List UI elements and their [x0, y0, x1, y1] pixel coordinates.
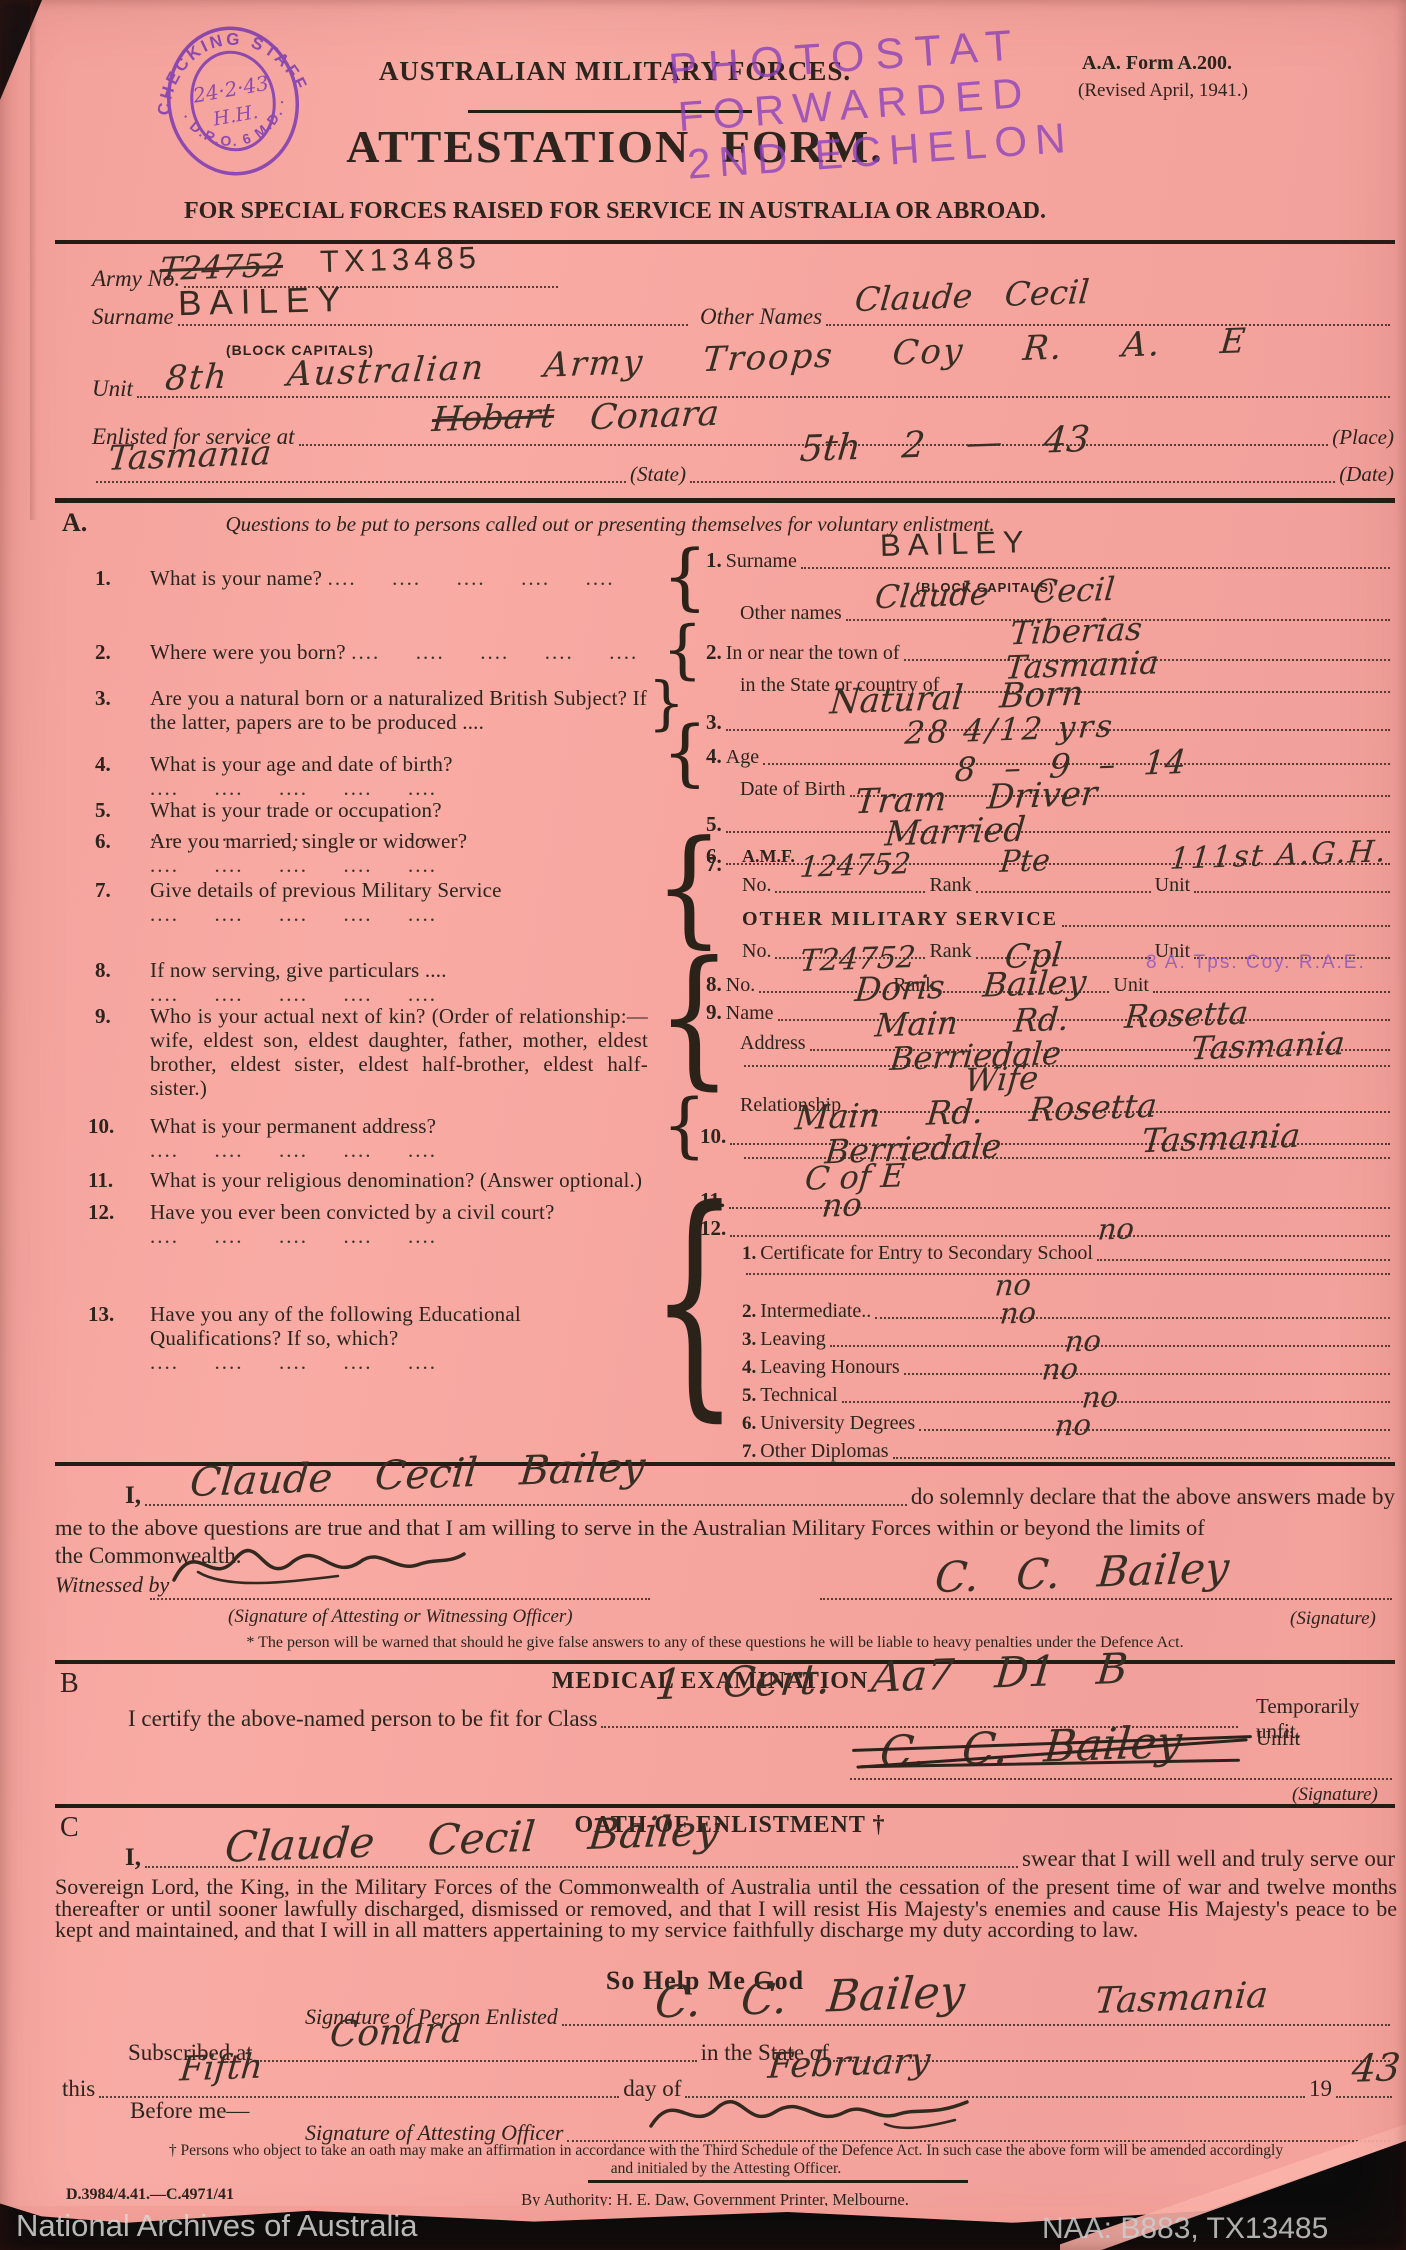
- a7-other-heading-row: OTHER MILITARY SERVICE: [742, 908, 1394, 931]
- edu-row-5: 5. Technical: [742, 1384, 1394, 1407]
- q3-text: Are you a natural born or a naturalized …: [150, 686, 648, 734]
- surname-label: Surname: [92, 304, 174, 330]
- edu-row-1: 1. Certificate for Entry to Secondary Sc…: [742, 1242, 1394, 1265]
- a7-number-value: 124752: [799, 846, 913, 884]
- q13-text-span: Have you any of the following Educationa…: [150, 1302, 521, 1350]
- checking-staff-stamp: CHECKING STAFF · D.R.O. 6 M.D. · 24·2·43…: [133, 6, 332, 196]
- enlisted-value: Conara: [588, 394, 720, 439]
- witness-signature-line: [150, 1598, 650, 1600]
- year-value: 43: [1350, 2045, 1402, 2091]
- a1-surname-row: 1. Surname: [706, 548, 1394, 573]
- edu4-line: [904, 1372, 1390, 1375]
- q9-text: Who is your actual next of kin? (Order o…: [150, 1004, 648, 1100]
- a12-line: [730, 1234, 1390, 1237]
- q10-text: What is your permanent address?: [150, 1114, 655, 1162]
- a7-blank-rank-label: Rank: [929, 940, 971, 963]
- oath-subscribed-row: Subscribed at in the State of: [128, 2040, 1394, 2066]
- declaration-i: I,: [125, 1482, 141, 1510]
- q11-text: What is your religious denomination? (An…: [150, 1168, 655, 1192]
- other-names-label: Other Names: [700, 304, 822, 330]
- q4-leaders: [150, 776, 437, 800]
- edu1-no: 1.: [742, 1243, 756, 1265]
- oath-body-text: Sovereign Lord, the King, in the Militar…: [55, 1874, 1397, 1942]
- a7-unit-value: 111st A.G.H.: [1169, 834, 1390, 877]
- subscribed-place-value: Conara: [328, 2010, 464, 2056]
- q1-no: 1.: [95, 566, 111, 591]
- declaration-line1-rest: do solemnly declare that the above answe…: [911, 1484, 1395, 1510]
- form-subtitle: FOR SPECIAL FORCES RAISED FOR SERVICE IN…: [170, 198, 1060, 225]
- q7-leaders: [150, 902, 437, 926]
- edu-blank-line: [746, 1272, 1390, 1275]
- q5-no: 5.: [95, 798, 111, 823]
- enlisted-old-value: Hobart: [430, 396, 556, 440]
- state-label: (State): [630, 462, 686, 487]
- q12-text: Have you ever been convicted by a civil …: [150, 1200, 655, 1248]
- edu4-label: Leaving Honours: [760, 1356, 899, 1379]
- enlisted-row: Enlisted for service at (Place): [92, 424, 1394, 450]
- date-label: (Date): [1339, 462, 1394, 487]
- a7-rank-label: Rank: [929, 874, 971, 897]
- left-crease: [30, 0, 37, 520]
- q1-brace: [662, 540, 708, 612]
- surname-line: [178, 323, 688, 326]
- a1-surname-value: BAILEY: [880, 524, 1031, 564]
- year-printed: 19: [1309, 2076, 1332, 2102]
- year-line: [1336, 2095, 1392, 2098]
- a4-age-label: Age: [726, 746, 759, 769]
- oath-footnote1-text: † Persons who object to take an oath may…: [169, 2142, 1283, 2159]
- section-b-label: B: [60, 1668, 79, 1700]
- oath-body: Sovereign Lord, the King, in the Militar…: [55, 1876, 1397, 1941]
- edu6-label: University Degrees: [760, 1412, 915, 1435]
- state-line: [96, 480, 626, 483]
- edu2-no: 2.: [742, 1301, 756, 1323]
- q13-brace: [650, 1180, 739, 1425]
- a7-noline-label: No.: [742, 874, 771, 897]
- edu6-no: 6.: [742, 1413, 756, 1435]
- other-names-value: Claude Cecil: [853, 272, 1091, 319]
- attestation-form-scan: CHECKING STAFF · D.R.O. 6 M.D. · 24·2·43…: [0, 0, 1406, 2250]
- q13-no: 13.: [88, 1302, 114, 1327]
- attesting-signature-scribble: [645, 2086, 975, 2138]
- q2-no: 2.: [95, 640, 111, 665]
- q3-text-span: Are you a natural born or a naturalized …: [150, 686, 647, 734]
- medical-unfit: Unfit: [1256, 1726, 1300, 1751]
- state-date-row: (State) (Date): [92, 462, 1394, 487]
- oath-line1-rest: swear that I will well and truly serve o…: [1022, 1846, 1395, 1872]
- q2-leaders: [351, 640, 638, 664]
- edu-row-2: 2. Intermediate..: [742, 1300, 1394, 1323]
- oath-i: I,: [125, 1844, 141, 1872]
- q9-brace: [656, 943, 732, 1093]
- edu3-line: [830, 1344, 1390, 1347]
- rule-oath: [55, 1804, 1395, 1808]
- subscribed-place-line: [257, 2059, 697, 2062]
- oath-footnote1: † Persons who object to take an oath may…: [55, 2142, 1397, 2160]
- archive-watermark: National Archives of Australia: [16, 2208, 418, 2244]
- a3-no: 3.: [706, 710, 722, 735]
- edu-blank-row: [742, 1272, 1394, 1279]
- unit-label: Unit: [92, 376, 133, 402]
- archive-reference: NAA: B883, TX13485: [1042, 2212, 1328, 2246]
- q4-text-span: What is your age and date of birth?: [150, 752, 453, 776]
- q1-text: What is your name?: [150, 566, 655, 590]
- q7-no: 7.: [95, 878, 111, 903]
- a1-no: 1.: [706, 548, 722, 573]
- q10-text-span: What is your permanent address?: [150, 1114, 436, 1138]
- state-value: Tasmania: [106, 433, 273, 479]
- edu3-value: no: [999, 1295, 1038, 1330]
- edu3-label: Leaving: [760, 1328, 826, 1351]
- a5-row: 5.: [706, 812, 1394, 837]
- declarant-signature-line: [820, 1598, 1392, 1600]
- a7-blank-no-label: No.: [742, 940, 771, 963]
- q6-text: Are you married, single or widower?: [150, 829, 655, 877]
- oath-footnote2: and initialed by the Attesting Officer.: [55, 2160, 1397, 2178]
- a4-dob-label: Date of Birth: [740, 778, 846, 801]
- edu3-no: 3.: [742, 1329, 756, 1351]
- a8-unit-line: [1153, 990, 1390, 993]
- q11-no: 11.: [88, 1168, 113, 1193]
- stamp-initials: H.H.: [210, 101, 259, 131]
- edu2-line: [875, 1316, 1390, 1319]
- this-day-value: Fifth: [178, 2046, 264, 2089]
- a8-unit-label: Unit: [1113, 974, 1149, 997]
- before-me-label: Before me—: [130, 2098, 249, 2124]
- a4-no: 4.: [706, 744, 722, 769]
- witnessed-by-label: Witnessed by: [55, 1572, 169, 1598]
- q6-text-span: Are you married, single or widower?: [150, 829, 467, 853]
- q6-no: 6.: [95, 829, 111, 854]
- footer-code: D.3984/4.41.—C.4971/41: [66, 2186, 234, 2204]
- edu7-no: 7.: [742, 1441, 756, 1463]
- q8-leaders: [150, 982, 437, 1006]
- edu7-line: [893, 1456, 1390, 1459]
- q1-leaders: [328, 566, 615, 590]
- a7-blank-rank-line: [976, 956, 1151, 959]
- rule-section-a: [55, 498, 1395, 503]
- declarant-signature: C. C. Bailey: [933, 1543, 1231, 1602]
- edu6-line: [919, 1428, 1390, 1431]
- this-label: this: [62, 2076, 95, 2102]
- stamp-date: 24·2·43: [190, 71, 270, 108]
- a12-row: 12.: [700, 1216, 1394, 1241]
- medical-signature-line: [850, 1778, 1392, 1780]
- a5-line: [726, 830, 1390, 833]
- place-label: (Place): [1332, 425, 1394, 450]
- q7-text-span: Give details of previous Military Servic…: [150, 878, 502, 902]
- q12-leaders: [150, 1224, 437, 1248]
- a7-rank-line: [976, 890, 1151, 893]
- a1-other-label: Other names: [740, 602, 842, 625]
- q9-text-span: Who is your actual next of kin? (Order o…: [150, 1004, 648, 1100]
- form-subtitle-text: FOR SPECIAL FORCES RAISED FOR SERVICE IN…: [184, 198, 1046, 224]
- witness-signature-caption: (Signature of Attesting or Witnessing Of…: [228, 1606, 573, 1628]
- q10-brace: [662, 1090, 707, 1160]
- section-a-label: A.: [62, 508, 87, 538]
- edu5-label: Technical: [760, 1384, 837, 1407]
- edu7-label: Other Diplomas: [760, 1440, 888, 1463]
- rule-top: [55, 240, 1395, 244]
- a7-other-line: [1062, 924, 1390, 927]
- q13-leaders: [150, 1350, 437, 1374]
- a7-no-line: [775, 890, 925, 893]
- q8-text-span: If now serving, give particulars ....: [150, 958, 447, 982]
- surname-value: BAILEY: [178, 280, 350, 324]
- a7-unit-line: [1194, 890, 1390, 893]
- q1-text-span: What is your name?: [150, 566, 322, 590]
- q6-leaders: [150, 853, 437, 877]
- q8-no: 8.: [95, 958, 111, 983]
- a1-surname-label: Surname: [726, 550, 797, 573]
- footer-rule: [588, 2180, 968, 2183]
- q2-text-span: Where were you born?: [150, 640, 346, 664]
- q11-text-span: What is your religious denomination? (An…: [150, 1168, 642, 1192]
- q4-text: What is your age and date of birth?: [150, 752, 655, 800]
- q10-leaders: [150, 1138, 437, 1162]
- a8-unit-stamp: 8 A. Tps. Coy. R.A.E.: [1146, 952, 1366, 974]
- edu2-label: Intermediate..: [760, 1300, 871, 1323]
- edu5-no: 5.: [742, 1385, 756, 1407]
- declarant-signature-caption: (Signature): [1290, 1608, 1376, 1630]
- edu-row-7: 7. Other Diplomas: [742, 1440, 1394, 1463]
- photostat-stamp: PHOTOSTAT FORWARDED 2ND ECHELON: [667, 7, 1237, 206]
- a12-value: no: [820, 1185, 863, 1225]
- q5-text-span: What is your trade or occupation?: [150, 798, 442, 822]
- q4-no: 4.: [95, 752, 111, 777]
- a1-surname-line: [801, 566, 1390, 569]
- q2-text: Where were you born?: [150, 640, 655, 664]
- witness-signature-scribble: [168, 1532, 468, 1596]
- q9-no: 9.: [95, 1004, 111, 1029]
- edu1-label: Certificate for Entry to Secondary Schoo…: [760, 1242, 1093, 1265]
- a7-other-heading: OTHER MILITARY SERVICE: [742, 908, 1058, 931]
- edu4-no: 4.: [742, 1357, 756, 1379]
- q3-no: 3.: [95, 686, 111, 711]
- q4-brace: [662, 716, 708, 788]
- a7-amf-label: A.M.F.: [742, 846, 795, 867]
- q13-text: Have you any of the following Educationa…: [150, 1302, 655, 1374]
- q7-text: Give details of previous Military Servic…: [150, 878, 655, 926]
- edu1-line: [1097, 1258, 1390, 1261]
- a9-address-label: Address: [740, 1032, 806, 1055]
- unit-line: [137, 395, 1390, 398]
- q8-text: If now serving, give particulars ....: [150, 958, 655, 1006]
- army-no-value: TX13485: [320, 240, 482, 280]
- q12-text-span: Have you ever been convicted by a civil …: [150, 1200, 555, 1224]
- a2-no: 2.: [706, 640, 722, 665]
- a7-rank-value: Pte: [998, 843, 1051, 880]
- edu5-value: no: [1041, 1351, 1080, 1386]
- medical-class-value: 1 Cert. Aa7 D1 B: [653, 1644, 1130, 1710]
- edu1-value: no: [1097, 1211, 1136, 1246]
- a7-unit-label: Unit: [1155, 874, 1191, 897]
- edu7-value: no: [1054, 1407, 1093, 1442]
- medical-signature-caption: (Signature): [1292, 1784, 1378, 1806]
- oath-footnote2-text: and initialed by the Attesting Officer.: [611, 2160, 841, 2177]
- a9-name-label: Name: [726, 1002, 774, 1025]
- oath-state-value: Tasmania: [1093, 1975, 1269, 2022]
- section-c-label: C: [60, 1812, 79, 1844]
- date-line: [690, 480, 1335, 483]
- medical-certify-text: I certify the above-named person to be f…: [128, 1706, 597, 1732]
- month-value: February: [766, 2041, 932, 2087]
- a2-town-label: In or near the town of: [726, 642, 900, 665]
- q12-no: 12.: [88, 1200, 114, 1225]
- q10-no: 10.: [88, 1114, 114, 1139]
